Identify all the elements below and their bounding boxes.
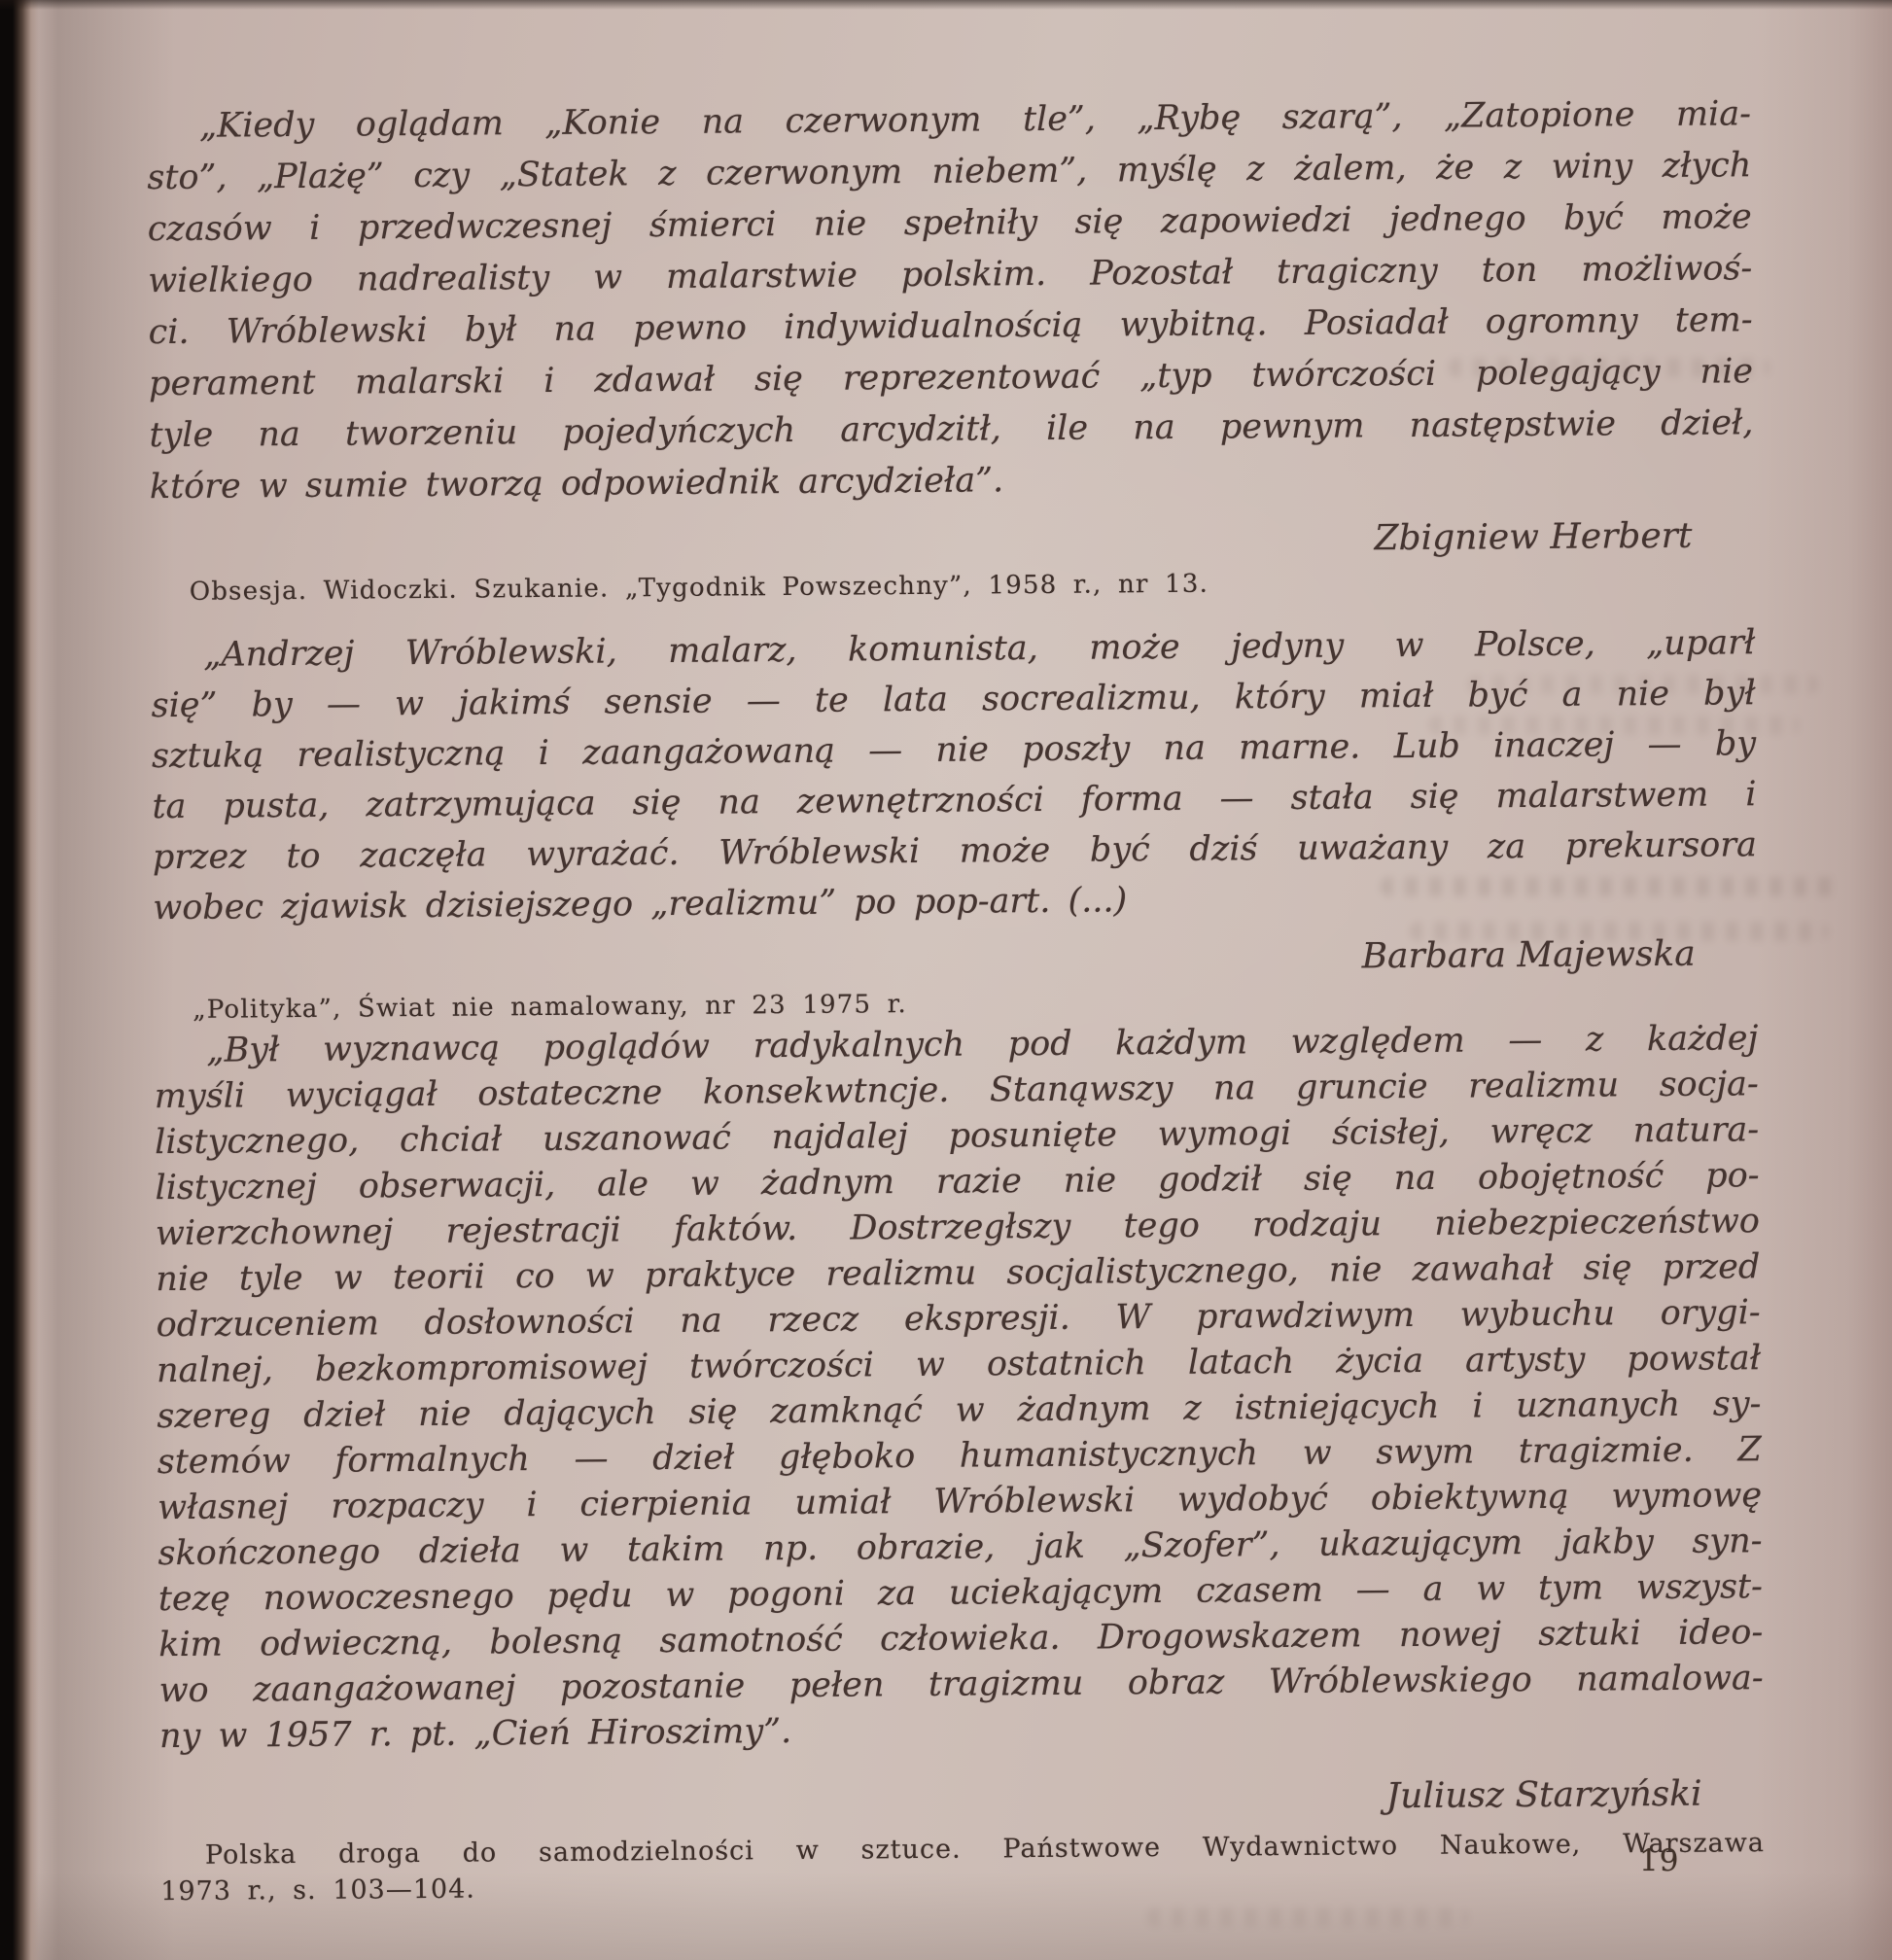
source-citation-herbert: Obsesja. Widoczki. Szukanie. „Tygodnik P… [151, 563, 1755, 609]
book-photo: „Kiedy oglądam „Konie na czerwonym tle”,… [0, 0, 1892, 1960]
attribution-starzynski: Juliusz Starzyński [159, 1772, 1764, 1828]
footnote-citation-starzynski: Polska droga do samodzielności w sztuce.… [160, 1825, 1766, 1909]
attribution-herbert: Zbigniew Herbert [150, 514, 1754, 570]
quote-majewska-paragraph: „Andrzej Wróblewski, malarz, komunista, … [151, 617, 1757, 933]
quote-herbert-paragraph: „Kiedy oglądam „Konie na czerwonym tle”,… [147, 88, 1754, 513]
ink-bleed-through [1147, 1907, 1468, 1927]
quote-starzynski-paragraph: „Był wyznawcą poglądów radykalnych pod k… [154, 1016, 1764, 1760]
quote-block-herbert: „Kiedy oglądam „Konie na czerwonym tle”,… [147, 88, 1755, 609]
attribution-majewska: Barbara Majewska [154, 932, 1758, 988]
page-text-block: „Kiedy oglądam „Konie na czerwonym tle”,… [146, 0, 1765, 1909]
quote-block-starzynski: „Był wyznawcą poglądów radykalnych pod k… [154, 1016, 1765, 1909]
quote-block-majewska: „Andrzej Wróblewski, malarz, komunista, … [151, 617, 1758, 1027]
page-number: 19 [1639, 1843, 1679, 1878]
